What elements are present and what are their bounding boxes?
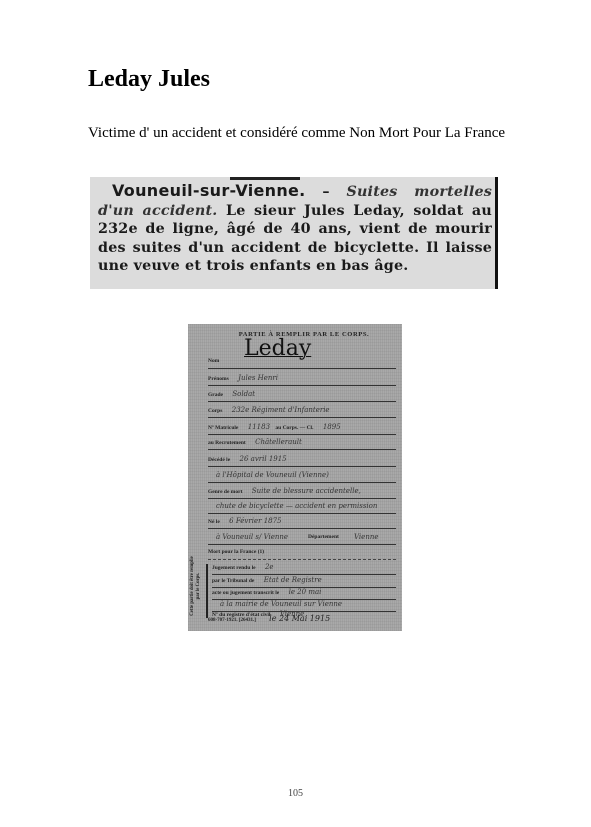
grade-value: Soldat bbox=[232, 390, 255, 398]
genre-value-2: chute de bicyclette — accident en permis… bbox=[216, 502, 377, 510]
matricule-corps-label: au Corps. — Cl. bbox=[275, 425, 313, 431]
grade-label: Grade bbox=[208, 392, 223, 398]
jugement-label: Jugement rendu le bbox=[212, 565, 256, 571]
newspaper-clipping-image: Vouneuil-sur-Vienne. – Suites mortelles … bbox=[90, 177, 498, 289]
matricule-label: Nº Matricule bbox=[208, 425, 238, 431]
clipping-dash: – bbox=[306, 184, 347, 200]
recrutement-value: Châtellerault bbox=[255, 438, 302, 446]
page-title: Leday Jules bbox=[88, 66, 210, 93]
ne-value: 6 Février 1875 bbox=[229, 517, 281, 525]
card-row-genre-mort-2: chute de bicyclette — accident en permis… bbox=[208, 499, 396, 514]
card-row-grade: Grade Soldat bbox=[208, 387, 396, 402]
card-row-recrutement: au Recrutement Châtellerault bbox=[208, 435, 396, 450]
card-bracket bbox=[206, 564, 208, 618]
card-footer-date: le 24 Mai 1915 bbox=[269, 614, 330, 623]
card-footer-code: 608-707-1921. [26431.] bbox=[208, 618, 256, 623]
card-row-mort-pour-france: Mort pour la France (1) bbox=[208, 545, 396, 560]
prenoms-value: Jules Henri bbox=[238, 374, 278, 382]
card-row-decede: Décédé le 26 avril 1915 bbox=[208, 452, 396, 467]
card-row-lieu-deces: à l'Hôpital de Vouneuil (Vienne) bbox=[208, 468, 396, 483]
classe-value: 1895 bbox=[323, 423, 341, 431]
matricule-corps-value: 11183 bbox=[248, 423, 270, 431]
intro-paragraph: Victime d' un accident et considéré comm… bbox=[88, 122, 518, 144]
card-row-ne-le: Né le 6 Février 1875 bbox=[208, 514, 396, 529]
card-row-genre-mort: Genre de mort Suite de blessure accident… bbox=[208, 484, 396, 499]
clipping-text: Vouneuil-sur-Vienne. – Suites mortelles … bbox=[98, 182, 492, 276]
genre-label: Genre de mort bbox=[208, 489, 242, 495]
clipping-top-rule bbox=[230, 177, 300, 180]
nom-label: Nom bbox=[208, 358, 219, 364]
transcrit-value: le 20 mai bbox=[289, 588, 322, 596]
card-row-matricule-corps: Nº Matricule 11183 au Corps. — Cl. 1895 bbox=[208, 420, 396, 435]
recrutement-label: au Recrutement bbox=[208, 440, 246, 446]
corps-value: 232e Régiment d'Infanterie bbox=[232, 406, 330, 414]
clipping-headline: Vouneuil-sur-Vienne. bbox=[112, 181, 306, 200]
jugement-value: 2e bbox=[265, 563, 274, 571]
lieu-deces-value: à l'Hôpital de Vouneuil (Vienne) bbox=[216, 471, 329, 479]
card-row-ne-lieu: à Vouneuil s/ Vienne Département Vienne bbox=[208, 530, 396, 545]
departement-value: Vienne bbox=[354, 530, 378, 544]
mort-pour-france-label: Mort pour la France (1) bbox=[208, 549, 264, 555]
tribunal-label: par le Tribunal de bbox=[212, 578, 254, 584]
card-row-nom: Nom Leday bbox=[208, 354, 396, 369]
page-number: 105 bbox=[0, 788, 591, 799]
card-row-prenoms: Prénoms Jules Henri bbox=[208, 371, 396, 386]
tribunal-value: Etat de Registre bbox=[264, 576, 322, 584]
card-footer: 608-707-1921. [26431.] le 24 Mai 1915 bbox=[208, 614, 330, 623]
ne-lieu-value: à Vouneuil s/ Vienne bbox=[216, 533, 288, 541]
corps-label: Corps bbox=[208, 408, 222, 414]
departement-label: Département bbox=[308, 530, 339, 544]
card-row-corps: Corps 232e Régiment d'Infanterie bbox=[208, 403, 396, 418]
genre-value: Suite de blessure accidentelle, bbox=[252, 487, 361, 495]
prenoms-label: Prénoms bbox=[208, 376, 229, 382]
decede-value: 26 avril 1915 bbox=[240, 455, 287, 463]
card-vertical-note: Cette partie doit être remplie par le Co… bbox=[190, 556, 201, 616]
transcrit-label: acte ou jugement transcrit le bbox=[212, 590, 279, 596]
nom-value: Leday bbox=[244, 342, 311, 356]
military-death-record-card-image: PARTIE À REMPLIR PAR LE CORPS. Nom Leday… bbox=[188, 324, 402, 631]
ne-label: Né le bbox=[208, 519, 220, 525]
decede-label: Décédé le bbox=[208, 457, 230, 463]
